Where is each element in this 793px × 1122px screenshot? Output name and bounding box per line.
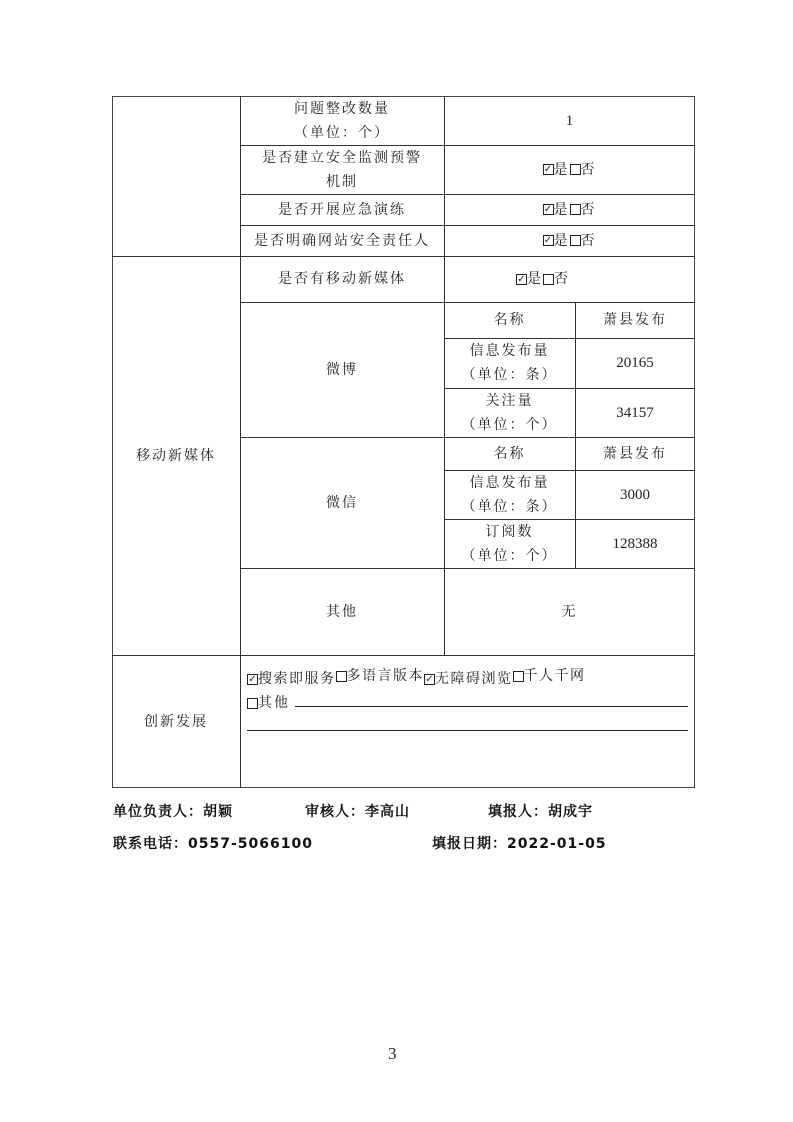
weibo-name-label: 名称 bbox=[444, 302, 575, 338]
innovation-other-line: 其他 bbox=[247, 691, 689, 717]
wechat-posts-value: 3000 bbox=[575, 470, 695, 519]
option-accessibility[interactable]: ✓无障碍浏览 bbox=[424, 667, 513, 691]
checkbox-checked-icon[interactable]: ✓ bbox=[424, 674, 435, 685]
checkbox-unchecked-icon[interactable] bbox=[543, 274, 554, 285]
issue-count-value: 1 bbox=[444, 96, 695, 145]
page-number: 3 bbox=[388, 1044, 397, 1064]
other-media-label: 其他 bbox=[240, 568, 444, 655]
no-label: 否 bbox=[581, 229, 597, 253]
checkbox-checked-icon[interactable]: ✓ bbox=[516, 274, 527, 285]
mobile-media-section-label: 移动新媒体 bbox=[112, 256, 240, 655]
yes-label: 是 bbox=[554, 158, 570, 182]
checkbox-unchecked-icon[interactable] bbox=[570, 235, 581, 246]
option-label: 无障碍浏览 bbox=[435, 667, 513, 691]
label-text: 是否建立安全监测预警 bbox=[262, 146, 422, 170]
option-label: 其他 bbox=[258, 691, 290, 715]
emergency-drill-label: 是否开展应急演练 bbox=[240, 194, 444, 225]
yes-label: 是 bbox=[527, 267, 543, 291]
weibo-name-value: 萧县发布 bbox=[575, 302, 695, 338]
option-label: 千人千网 bbox=[524, 664, 586, 688]
option-label: 多语言版本 bbox=[347, 664, 425, 688]
fill-date: 填报日期：2022-01-05 bbox=[432, 833, 607, 853]
emergency-drill-choice: ✓是 否 bbox=[444, 194, 695, 225]
option-other[interactable]: 其他 bbox=[247, 691, 290, 715]
monitoring-mechanism-choice: ✓是 否 bbox=[444, 145, 695, 194]
has-mobile-media-label: 是否有移动新媒体 bbox=[240, 256, 444, 302]
option-personalized[interactable]: 千人千网 bbox=[513, 664, 586, 688]
wechat-subscribers-label: 订阅数 （单位：个） bbox=[444, 519, 575, 568]
has-mobile-media-choice: ✓是 否 bbox=[444, 256, 695, 302]
checkbox-checked-icon[interactable]: ✓ bbox=[543, 164, 554, 175]
option-search-as-service[interactable]: ✓搜索即服务 bbox=[247, 667, 336, 691]
yes-label: 是 bbox=[554, 198, 570, 222]
monitoring-mechanism-label: 是否建立安全监测预警 机制 bbox=[240, 145, 444, 194]
no-label: 否 bbox=[581, 198, 597, 222]
no-label: 否 bbox=[581, 158, 597, 182]
label-text: 信息发布量 bbox=[470, 471, 550, 495]
unit-head: 单位负责人：胡颖 bbox=[113, 801, 233, 821]
checkbox-unchecked-icon[interactable] bbox=[570, 164, 581, 175]
wechat-posts-label: 信息发布量 （单位：条） bbox=[444, 470, 575, 519]
wechat-label: 微信 bbox=[240, 437, 444, 568]
weibo-posts-label: 信息发布量 （单位：条） bbox=[444, 338, 575, 388]
label-text: 订阅数 bbox=[486, 520, 534, 544]
contact-phone: 联系电话：0557-5066100 bbox=[113, 833, 313, 853]
reviewer: 审核人：李高山 bbox=[305, 801, 410, 821]
checkbox-unchecked-icon[interactable] bbox=[570, 204, 581, 215]
no-label: 否 bbox=[554, 267, 570, 291]
wechat-subscribers-value: 128388 bbox=[575, 519, 695, 568]
other-fill-line-1[interactable] bbox=[295, 706, 688, 707]
checkbox-checked-icon[interactable]: ✓ bbox=[543, 204, 554, 215]
weibo-posts-value: 20165 bbox=[575, 338, 695, 388]
weibo-followers-label: 关注量 （单位：个） bbox=[444, 388, 575, 437]
security-officer-label: 是否明确网站安全责任人 bbox=[240, 225, 444, 256]
unit-text: （单位：个） bbox=[462, 413, 558, 437]
unit-text: （单位：个） bbox=[462, 544, 558, 568]
unit-text: （单位：条） bbox=[462, 495, 558, 519]
issue-count-label: 问题整改数量 （单位：个） bbox=[240, 96, 444, 145]
label-text: 信息发布量 bbox=[470, 339, 550, 363]
unit-text: （单位：条） bbox=[462, 363, 558, 387]
other-media-value: 无 bbox=[444, 568, 695, 655]
weibo-followers-value: 34157 bbox=[575, 388, 695, 437]
option-label: 搜索即服务 bbox=[258, 667, 336, 691]
label-text-cont: 机制 bbox=[326, 170, 358, 194]
innovation-section-label: 创新发展 bbox=[112, 655, 240, 788]
label-text: 关注量 bbox=[486, 389, 534, 413]
innovation-options-line: ✓搜索即服务多语言版本✓无障碍浏览千人千网 bbox=[247, 664, 689, 691]
innovation-options: ✓搜索即服务多语言版本✓无障碍浏览千人千网 其他 bbox=[247, 664, 689, 717]
weibo-label: 微博 bbox=[240, 302, 444, 437]
wechat-name-value: 萧县发布 bbox=[575, 437, 695, 470]
checkbox-unchecked-icon[interactable] bbox=[247, 698, 258, 709]
filler: 填报人：胡成宇 bbox=[488, 801, 593, 821]
unit-text: （单位：个） bbox=[294, 121, 390, 145]
checkbox-checked-icon[interactable]: ✓ bbox=[247, 674, 258, 685]
yes-label: 是 bbox=[554, 229, 570, 253]
label-text: 问题整改数量 bbox=[294, 97, 390, 121]
checkbox-unchecked-icon[interactable] bbox=[336, 671, 347, 682]
checkbox-checked-icon[interactable]: ✓ bbox=[543, 235, 554, 246]
option-multilingual[interactable]: 多语言版本 bbox=[336, 664, 425, 688]
security-officer-choice: ✓是 否 bbox=[444, 225, 695, 256]
checkbox-unchecked-icon[interactable] bbox=[513, 671, 524, 682]
wechat-name-label: 名称 bbox=[444, 437, 575, 470]
other-fill-line-2[interactable] bbox=[247, 730, 688, 731]
